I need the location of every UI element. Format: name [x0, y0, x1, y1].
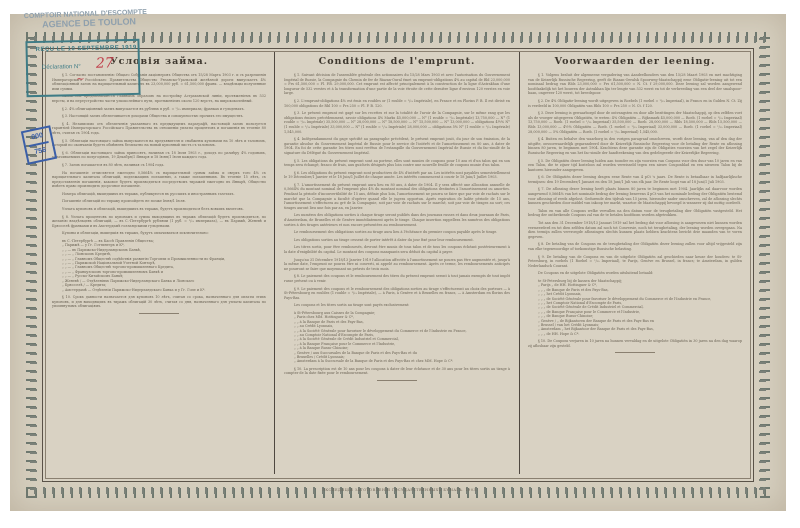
- payment-intro: Les coupons et les titres sortis au tira…: [284, 303, 510, 308]
- column-russian: Условія займа. § 1. Согласно постановлен…: [48, 52, 270, 474]
- paragraph: § 2. De 4% Obligatie-leening wordt uitge…: [528, 99, 742, 108]
- column-title: Voorwaarden der leening.: [524, 56, 746, 67]
- paragraph: § 5. Облигаціи настоящаго займа выпускаю…: [52, 139, 266, 148]
- column-dutch: Voorwaarden der leening. § 1. Volgens be…: [524, 52, 746, 474]
- column-divider: [274, 52, 275, 474]
- payment-list: въ С.-Петербургѣ — въ Кассѣ Правленія Об…: [62, 239, 264, 292]
- closing-paragraph: § 10. La prescription est de 10 ans pour…: [284, 367, 510, 376]
- paragraph: § 4. Buiten en behalve den waarborg in d…: [528, 137, 742, 155]
- paragraph: Jusqu'au 31 Décembre 1918/13 Janvier 191…: [284, 258, 510, 272]
- paragraph: § 8. De betaling van de Coupons en de te…: [528, 242, 742, 251]
- column-french: Conditions de l'emprunt. § 1. Suivant dé…: [280, 52, 514, 474]
- paragraph: § 1. Volgens besluit der algemeene verga…: [528, 73, 742, 96]
- declaration-number: 27: [96, 55, 114, 71]
- payment-list-item: „ „ „ de HH. Hope & Cº.: [538, 332, 740, 336]
- declaration-label: Déclaration N°: [42, 64, 81, 71]
- paragraph: § 7. L'amortissement du présent emprunt …: [284, 183, 510, 211]
- paragraph: § 3. Deze leening is gewaarborgd door de…: [528, 111, 742, 134]
- paragraph: § 5. Les obligations du présent emprunt …: [284, 159, 510, 168]
- paragraphs: § 1. Согласно постановленію Общаго Собра…: [48, 73, 270, 228]
- column-title: Conditions de l'emprunt.: [280, 56, 514, 67]
- paragraph: § 7. Заемъ погашается въ 80 лѣтъ, начина…: [52, 163, 266, 168]
- separator-rule: [377, 380, 417, 381]
- handwritten-signature: ~: [76, 74, 85, 85]
- printer-imprint: ЭКСПЕДИЦІЯ ЗАГОТОВЛЕНІЯ ГОСУДАРСТВЕННЫХЪ…: [0, 488, 800, 492]
- closing-paragraph: § 10. De Coupons verjaren in 10 jaren na…: [528, 339, 742, 348]
- payment-list: te St-Petersburg bij de kassen der Maats…: [538, 279, 740, 336]
- paragraph: § 2. 4% облигаціонный заемъ выпускается …: [52, 107, 266, 112]
- paragraph: Номера облигацій, вышедшихъ въ тиражъ, п…: [52, 192, 266, 197]
- separator-rule: [615, 352, 655, 353]
- payment-list-item: „ Амстердамѣ — Отдѣленіи Парижско-Нидерл…: [62, 288, 264, 292]
- paragraph: § 1. Suivant décision de l'assemblée gén…: [284, 73, 510, 96]
- paragraph: § 3. Настоящій заемъ обезпечивается дохо…: [52, 114, 266, 119]
- paragraph: § 8. Уплата процентовъ по купонамъ и сум…: [52, 215, 266, 229]
- paragraph: § 4. Независимо отъ обезпеченія указанна…: [52, 122, 266, 136]
- payment-list: à St-Pétersbourg aux Caisses de la Compa…: [294, 311, 508, 364]
- paragraph: Уплата купоновъ и облигацій, вышедшихъ в…: [52, 207, 266, 212]
- paragraph: § 5. De Obligatiën dezer leening luiden …: [528, 159, 742, 173]
- paragraph: Talon en van alle Coupons welke vervalle…: [528, 209, 742, 218]
- paragraphs: § 1. Volgens besluit der algemeene verga…: [524, 73, 746, 268]
- payment-intro: De Coupons en de uitgelote Obligatiën wo…: [528, 271, 742, 276]
- paragraph: На погашеніе отчисляется ежегодно 0,5664…: [52, 171, 266, 189]
- paragraph: § 3. Le présent emprunt est gagé sur les…: [284, 111, 510, 134]
- date-stamp: REÇU LE 10 SEPTEMBRE 1919: [36, 45, 137, 53]
- paragraph: Tot aan den 31 December 1918/13 Januari …: [528, 221, 742, 239]
- closing-paragraph: § 10. Срокъ давности назначается для куп…: [52, 295, 266, 309]
- paragraph: Les obligations sorties au tirage cessen…: [284, 238, 510, 243]
- paragraph: § 6. Les obligations du présent emprunt …: [284, 171, 510, 180]
- paragraph: § 8. Le paiement des coupons et le rembo…: [284, 274, 510, 283]
- paragraph: § 9. Le paiement des coupons et le rembo…: [284, 287, 510, 301]
- payment-list-item: „ Amsterdam à la Succursale de la Banque…: [294, 359, 508, 363]
- separator-rule: [139, 313, 179, 314]
- paragraph: § 4. Indépendamment du gage spécifié au …: [284, 137, 510, 155]
- paragraph: § 7. De aflossing dezer leening heeft pl…: [528, 187, 742, 205]
- declaration-stamp: REÇU LE 10 SEPTEMBRE 1919 Déclaration N°…: [25, 39, 140, 97]
- paragraph: Les numéros des obligations sorties à ch…: [284, 213, 510, 227]
- paragraph: Le remboursement des obligations sorties…: [284, 230, 510, 235]
- paragraphs: § 1. Suivant décision de l'assemblée gén…: [280, 73, 514, 300]
- payment-intro: Купоны и облигаціи, вышедшія въ тиражъ, …: [52, 231, 266, 236]
- paragraph: § 6. Облигаціи настоящаго займа приносят…: [52, 151, 266, 160]
- column-divider: [519, 52, 520, 474]
- paragraph: § 9. De betaling van de Coupons en van d…: [528, 255, 742, 269]
- paragraph: § 2. L'emprunt-obligations 4% est émis e…: [284, 99, 510, 108]
- paragraph: Погашеніе облигацій по тиражу произойдет…: [52, 199, 266, 204]
- paragraph: § 6. De Obligatiën dezer leening dragen …: [528, 175, 742, 184]
- paragraph: Les titres sortis, pour être remboursés,…: [284, 245, 510, 254]
